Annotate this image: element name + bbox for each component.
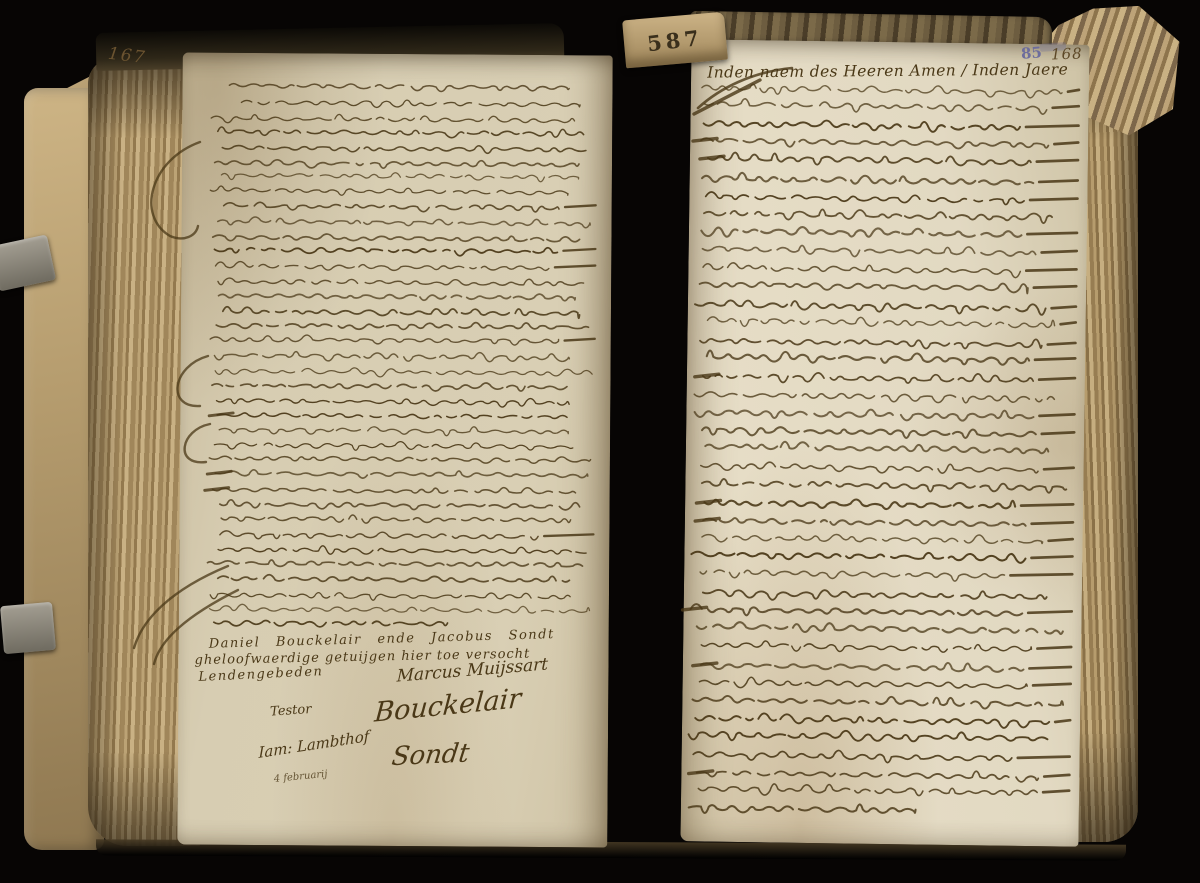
folio-tab: 587 — [622, 12, 728, 69]
page-number-right: 168 — [1051, 44, 1083, 63]
archival-manuscript-photo: Daniel Bouckelair ende Jacobus Sondt ghe… — [0, 0, 1200, 883]
signature-sondt: Sondt — [390, 738, 471, 772]
folio-number-blue: 85 — [1020, 43, 1042, 62]
signature-testor-label: Testor — [270, 702, 312, 720]
folio-tab-number: 587 — [646, 24, 704, 56]
right-page: Inden naem des Heeren Amen / Inden Jaere — [680, 39, 1089, 846]
margin-flourishes — [120, 120, 320, 700]
right-page-handwriting — [680, 39, 1089, 846]
binding-strap-bottom — [0, 602, 56, 654]
opening-swash — [690, 62, 800, 122]
